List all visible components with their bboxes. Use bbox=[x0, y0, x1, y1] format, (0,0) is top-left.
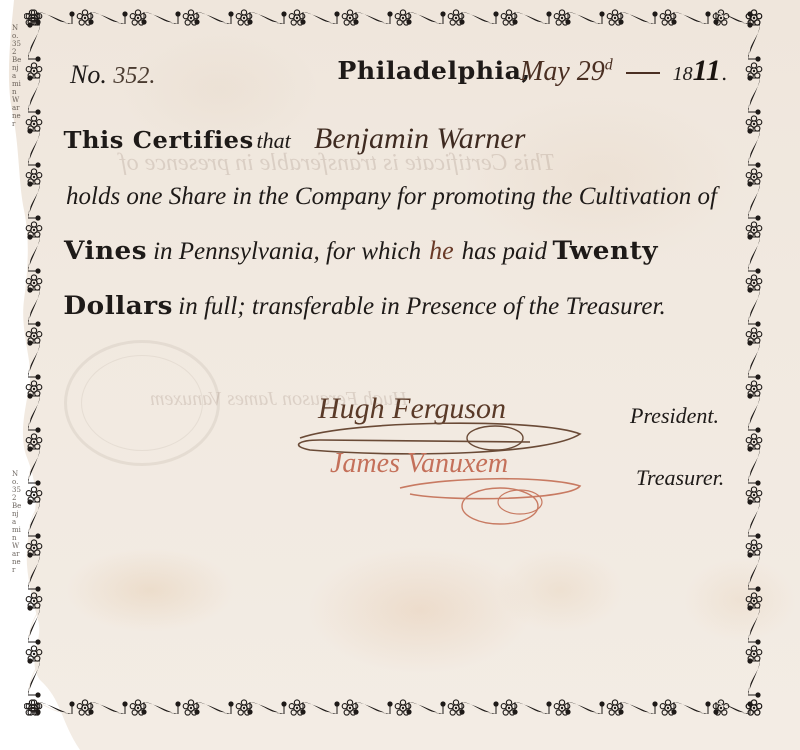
number-label: No. bbox=[70, 60, 107, 89]
number-value: 352. bbox=[113, 63, 155, 89]
ornamental-border-left bbox=[22, 6, 46, 720]
issue-date: May 29d 1811. bbox=[520, 54, 727, 88]
ornamental-border-bottom bbox=[24, 696, 762, 720]
certifies-line: This Certifies that Benjamin Warner bbox=[68, 122, 525, 156]
ornamental-border-right bbox=[742, 6, 766, 720]
date-handwritten: May 29 bbox=[520, 56, 605, 87]
date-flourish bbox=[626, 72, 660, 74]
place-heading: Philadelphia, bbox=[342, 56, 526, 85]
treasurer-flourish bbox=[390, 472, 590, 532]
year-printed: 18 bbox=[673, 63, 693, 85]
vines-line-text-b: has paid bbox=[462, 238, 547, 265]
pronoun-handwritten: he bbox=[429, 236, 454, 265]
vines-line-text-a: in Pennsylvania, for which bbox=[153, 238, 421, 265]
certificate-number: No. 352. bbox=[70, 60, 155, 90]
that-text: that bbox=[256, 128, 290, 153]
vines-line: Vines in Pennsylvania, for which he has … bbox=[66, 236, 656, 266]
ornamental-border-top bbox=[24, 6, 762, 30]
stub-text-bottom: No. 352 Benjamin Warner bbox=[12, 470, 22, 590]
stub-text-top: No. 352 Benjamin Warner bbox=[12, 24, 22, 104]
place-text: Philadelphia, bbox=[337, 56, 530, 85]
amount-word: Twenty bbox=[552, 236, 658, 265]
president-title: President. bbox=[630, 403, 719, 429]
payee-name: Benjamin Warner bbox=[314, 122, 525, 155]
share-line: holds one Share in the Company for promo… bbox=[66, 183, 717, 211]
year-terminal: . bbox=[721, 61, 727, 85]
year-handwritten: 11 bbox=[693, 54, 721, 87]
transfer-text: in full; transferable in Presence of the… bbox=[178, 293, 665, 320]
dollars-line: Dollars in full; transferable in Presenc… bbox=[66, 291, 666, 321]
date-superscript: d bbox=[605, 57, 613, 74]
vines-word: Vines bbox=[64, 236, 147, 265]
treasurer-title: Treasurer. bbox=[636, 465, 724, 491]
certifies-heading: This Certifies bbox=[63, 127, 253, 154]
dollars-word: Dollars bbox=[63, 291, 173, 320]
